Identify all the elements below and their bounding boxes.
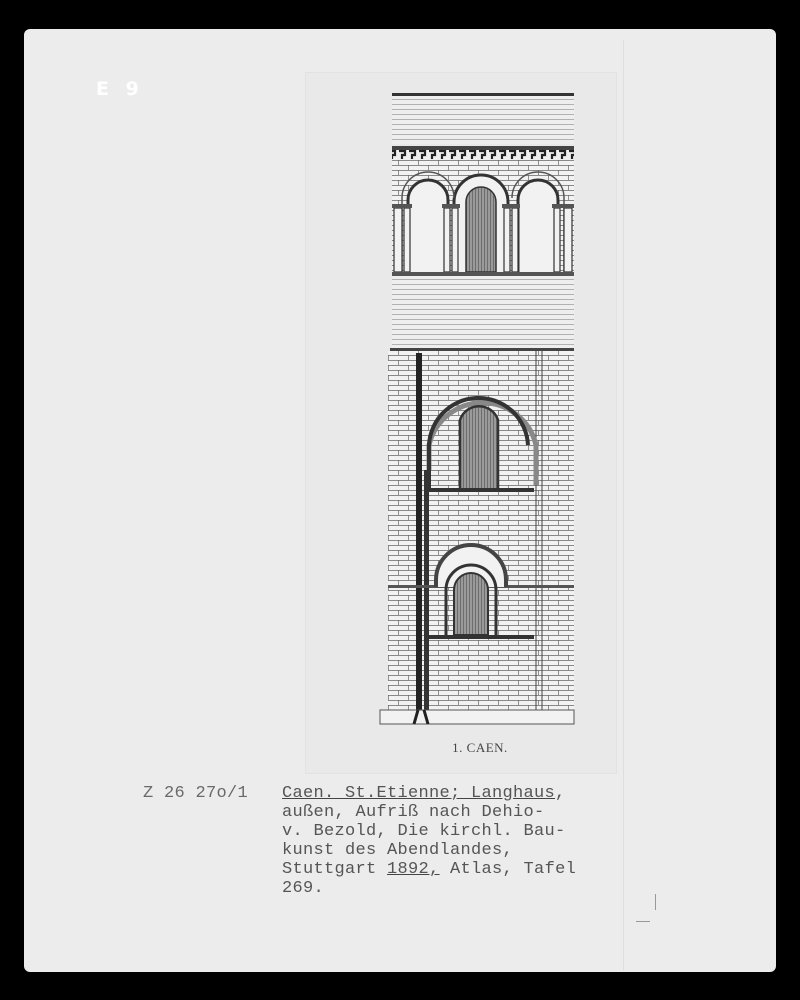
desc-line-2: außen, Aufriß nach Dehio-: [282, 803, 576, 822]
clerestory-arcade: [392, 160, 574, 272]
desc-year: 1892,: [387, 860, 440, 879]
plate-caption: 1. CAEN.: [380, 740, 580, 756]
catalog-description: Caen. St.Etienne; Langhaus, außen, Aufri…: [282, 784, 576, 898]
pencil-mark: [636, 921, 650, 922]
desc-line-6: 269.: [282, 879, 576, 898]
card-margin-line: [623, 40, 624, 970]
desc-line-1: Caen. St.Etienne; Langhaus,: [282, 784, 576, 803]
desc-line-4: kunst des Abendlandes,: [282, 841, 576, 860]
inventory-number: Z 26 27o/1: [143, 784, 248, 803]
desc-title: Caen. St.Etienne; Langhaus: [282, 784, 555, 803]
upper-roof: [392, 93, 574, 144]
aisle-wall: [380, 351, 574, 724]
pencil-mark: [655, 894, 656, 910]
desc-line-5: Stuttgart 1892, Atlas, Tafel: [282, 860, 576, 879]
archive-code: E 9: [96, 78, 141, 100]
elevation-drawing: [378, 90, 578, 730]
desc-line-3: v. Bezold, Die kirchl. Bau-: [282, 822, 576, 841]
